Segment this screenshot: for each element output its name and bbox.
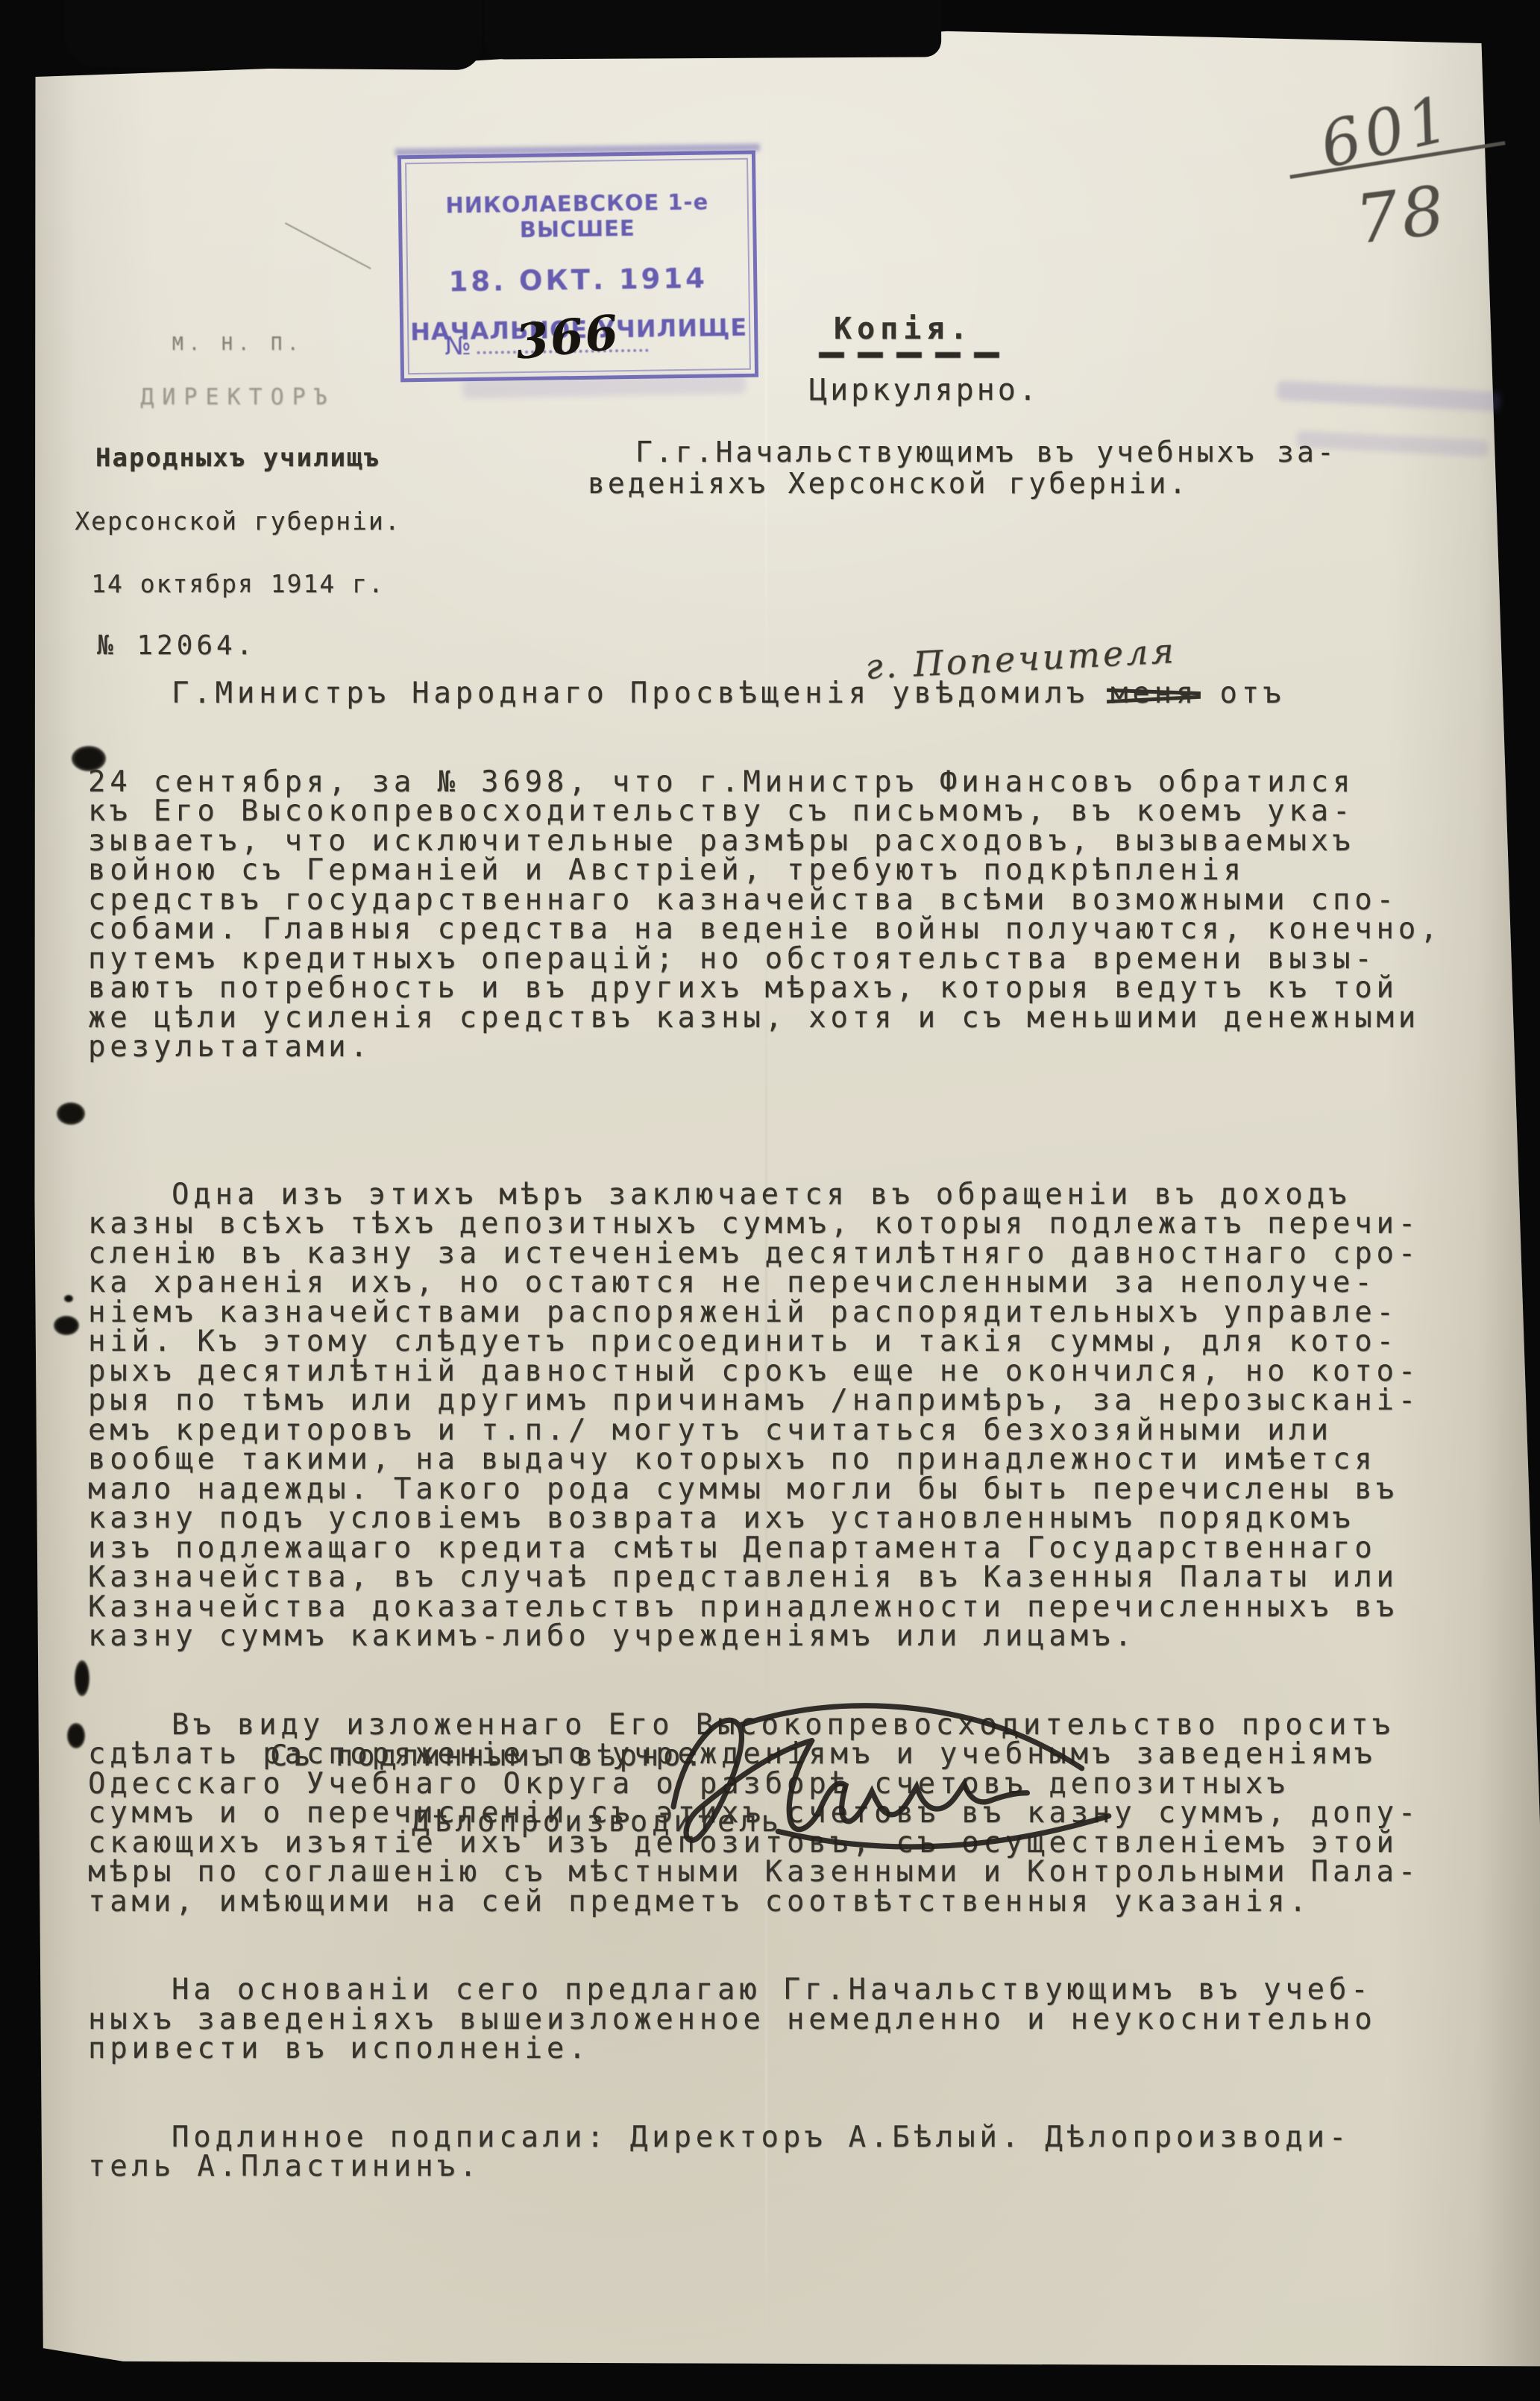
received-stamp: НИКОЛАЕВСКОЕ 1-е ВЫСШЕЕ 18. ОКТ. 1914 НА… <box>397 151 758 383</box>
body-line: тами, имѣющими на сей предметъ соотвѣтст… <box>88 1887 1442 1917</box>
body-text: Г.Министръ Народнаго Просвѣщенія увѣдоми… <box>88 561 1442 2241</box>
body-line: Одна изъ этихъ мѣръ заключается въ обращ… <box>88 1180 1442 1210</box>
scanned-document: НИКОЛАЕВСКОЕ 1-е ВЫСШЕЕ 18. ОКТ. 1914 НА… <box>0 0 1540 2401</box>
pencil-number: 78 <box>1351 171 1451 260</box>
body-line: вообще такими, на выдачу которыхъ по при… <box>88 1445 1442 1475</box>
body-line: собами. Главныя средства на веденіе войн… <box>88 914 1442 944</box>
body-line: тель А.Пластининъ. <box>88 2152 1442 2182</box>
body-line: же цѣли усиленія средствъ казны, хотя и … <box>88 1003 1442 1033</box>
stamp-number-sign: № <box>444 331 471 361</box>
body-line: казну подъ условіемъ возврата ихъ устано… <box>88 1504 1442 1534</box>
paragraph-5: Подлинное подписали: Директоръ А.Бѣлый. … <box>88 2123 1442 2182</box>
body-line: Подлинное подписали: Директоръ А.Бѣлый. … <box>88 2123 1442 2153</box>
opening-pre: Г.Министръ Народнаго Просвѣщенія увѣдоми… <box>172 677 1110 710</box>
copy-underline <box>819 352 1005 358</box>
body-line: 24 сентября, за № 3698, что г.Министръ Ф… <box>88 768 1442 797</box>
stamp-date: 18. ОКТ. 1914 <box>403 262 754 299</box>
stamp-school-name: НИКОЛАЕВСКОЕ 1-е ВЫСШЕЕ <box>402 189 753 245</box>
ink-blot <box>75 1660 89 1696</box>
body-line: казну суммъ какимъ-либо учрежденіямъ или… <box>88 1622 1442 1651</box>
ink-blot <box>57 1102 85 1125</box>
ink-blot <box>64 1295 73 1302</box>
addressee-line-1: Г.г.Начальствующимъ въ учебныхъ за- <box>635 436 1337 468</box>
paragraph-1: Г.Министръ Народнаго Просвѣщенія увѣдоми… <box>88 620 1442 1121</box>
body-line: привести въ исполненіе. <box>88 2034 1442 2064</box>
ink-blot <box>54 1316 79 1335</box>
body-line: На основаніи сего предлагаю Гг.Начальств… <box>88 1975 1442 2005</box>
opening-line: Г.Министръ Народнаго Просвѣщенія увѣдоми… <box>88 679 1442 709</box>
body-line: средствъ государственнаго казначейства в… <box>88 885 1442 915</box>
body-line: ніемъ казначействами распоряженій распор… <box>88 1298 1442 1328</box>
body-line: Казначейства, въ случаѣ представленія въ… <box>88 1563 1442 1592</box>
body-line: ныхъ заведеніяхъ вышеизложенное немедлен… <box>88 2005 1442 2035</box>
body-line: путемъ кредитныхъ операцій; но обстоятел… <box>88 944 1442 974</box>
body-line: зываетъ, что исключительные размѣры расх… <box>88 826 1442 856</box>
paragraph-4: На основаніи сего предлагаю Гг.Начальств… <box>88 1975 1442 2064</box>
letterhead-org-line1: Народныхъ училищъ <box>63 443 413 473</box>
body-line: ваютъ потребность и въ другихъ мѣрахъ, к… <box>88 973 1442 1003</box>
body-line: емъ кредиторовъ и т.п./ могутъ считаться… <box>88 1416 1442 1446</box>
signature-scrawl <box>647 1677 1140 1871</box>
body-line: результатами. <box>88 1032 1442 1062</box>
handwritten-insertion: г. Попечителя <box>864 636 1177 682</box>
body-line: сленію въ казну за истеченіемъ десятилѣт… <box>88 1239 1442 1269</box>
stamp-number-handwritten: 366 <box>513 304 622 371</box>
letterhead-org-line2: Херсонской губерніи. <box>63 506 413 536</box>
circular-label: Циркулярно. <box>809 373 1040 407</box>
body-line: къ Его Высокопревосходительству съ письм… <box>88 797 1442 826</box>
body-line: казны всѣхъ тѣхъ депозитныхъ суммъ, кото… <box>88 1209 1442 1239</box>
struck-word: меня <box>1110 677 1198 710</box>
addressee-line-2: веденіяхъ Херсонской губерніи. <box>588 467 1189 500</box>
binder-clip-right <box>485 0 942 60</box>
body-line: рыя по тѣмъ или другимъ причинамъ /напри… <box>88 1386 1442 1416</box>
copy-label: Копія. <box>834 312 973 346</box>
body-line: рыхъ десятилѣтній давностный срокъ еще н… <box>88 1357 1442 1387</box>
body-line: изъ подлежащаго кредита смѣты Департамен… <box>88 1534 1442 1563</box>
body-line: ній. Къ этому слѣдуетъ присоединить и та… <box>88 1327 1442 1357</box>
letterhead-title: ДИРЕКТОРЪ <box>63 384 413 410</box>
signature <box>647 1677 1140 1871</box>
body-line: войною съ Германіей и Австріей, требуютъ… <box>88 856 1442 885</box>
body-line: мало надежды. Такого рода суммы могли бы… <box>88 1475 1442 1504</box>
body-line: Казначейства доказательствъ принадлежнос… <box>88 1592 1442 1622</box>
body-line: ка храненія ихъ, но остаются не перечисл… <box>88 1268 1442 1298</box>
ink-blot <box>67 1723 85 1748</box>
paragraph-2: Одна изъ этихъ мѣръ заключается въ обращ… <box>88 1180 1442 1651</box>
letterhead-ministry-abbr: М. Н. П. <box>63 333 413 354</box>
opening-post: отъ <box>1198 677 1285 710</box>
paragraph-1-lines: 24 сентября, за № 3698, что г.Министръ Ф… <box>88 768 1442 1062</box>
binder-clip-left <box>64 0 483 70</box>
certified-true-copy-line: Съ подлиннымъ вѣрно: <box>270 1739 707 1773</box>
